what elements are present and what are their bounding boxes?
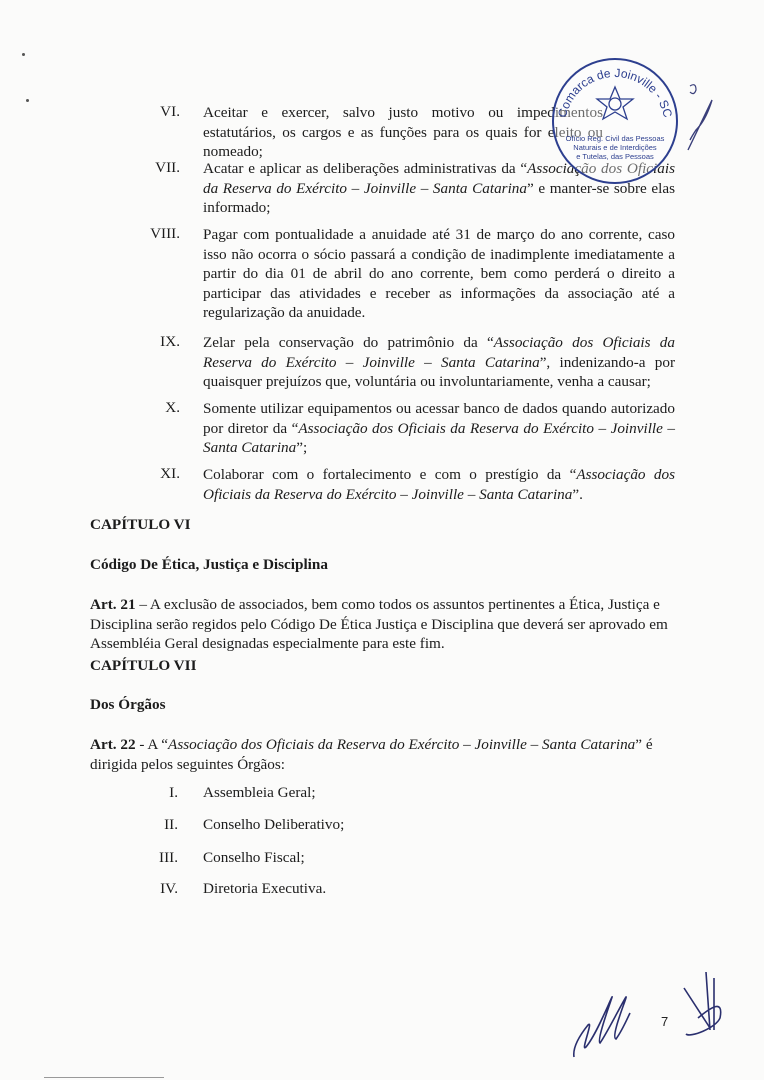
item-text: Aceitar e exercer, salvo justo motivo ou…: [203, 103, 603, 162]
page-number: 7: [661, 1014, 668, 1029]
item-number: VI.: [160, 103, 180, 121]
section-subtitle: Dos Órgãos: [90, 696, 166, 714]
signature-right: [680, 968, 740, 1043]
notary-seal-stamp: Comarca de Joinville - SC Ofício Reg. Ci…: [551, 57, 679, 185]
seal-line-1: Ofício Reg. Civil das Pessoas: [566, 134, 665, 143]
section-subtitle: Código De Ética, Justiça e Disciplina: [90, 556, 328, 574]
signature-left: [566, 985, 636, 1060]
scan-speck: [22, 53, 25, 56]
article-label: Art. 22: [90, 736, 136, 753]
item-text: Colaborar com o fortalecimento e com o p…: [203, 465, 675, 504]
initials-signature: [682, 80, 722, 160]
article-label: Art. 21: [90, 596, 136, 613]
item-text: Zelar pela conservação do patrimônio da …: [203, 333, 675, 392]
scan-speck: [26, 99, 29, 102]
item-number: VIII.: [150, 225, 180, 243]
item-text: Somente utilizar equipamentos ou acessar…: [203, 399, 675, 458]
article-22: Art. 22 - A “Associação dos Oficiais da …: [90, 735, 680, 774]
chapter-title: CAPÍTULO VII: [90, 657, 196, 675]
seal-line-3: e Tutelas, das Pessoas: [576, 152, 654, 161]
item-text: Pagar com pontualidade a anuidade até 31…: [203, 225, 675, 323]
article-21: Art. 21 – A exclusão de associados, bem …: [90, 595, 680, 654]
item-number: VII.: [155, 159, 180, 177]
scan-edge-line: [44, 1077, 164, 1078]
seal-line-2: Naturais e de Interdições: [573, 143, 657, 152]
item-number: XI.: [160, 465, 180, 483]
item-number: IX.: [160, 333, 180, 351]
item-number: X.: [165, 399, 180, 417]
chapter-title: CAPÍTULO VI: [90, 516, 191, 534]
document-page: VI. Aceitar e exercer, salvo justo motiv…: [0, 0, 764, 1080]
